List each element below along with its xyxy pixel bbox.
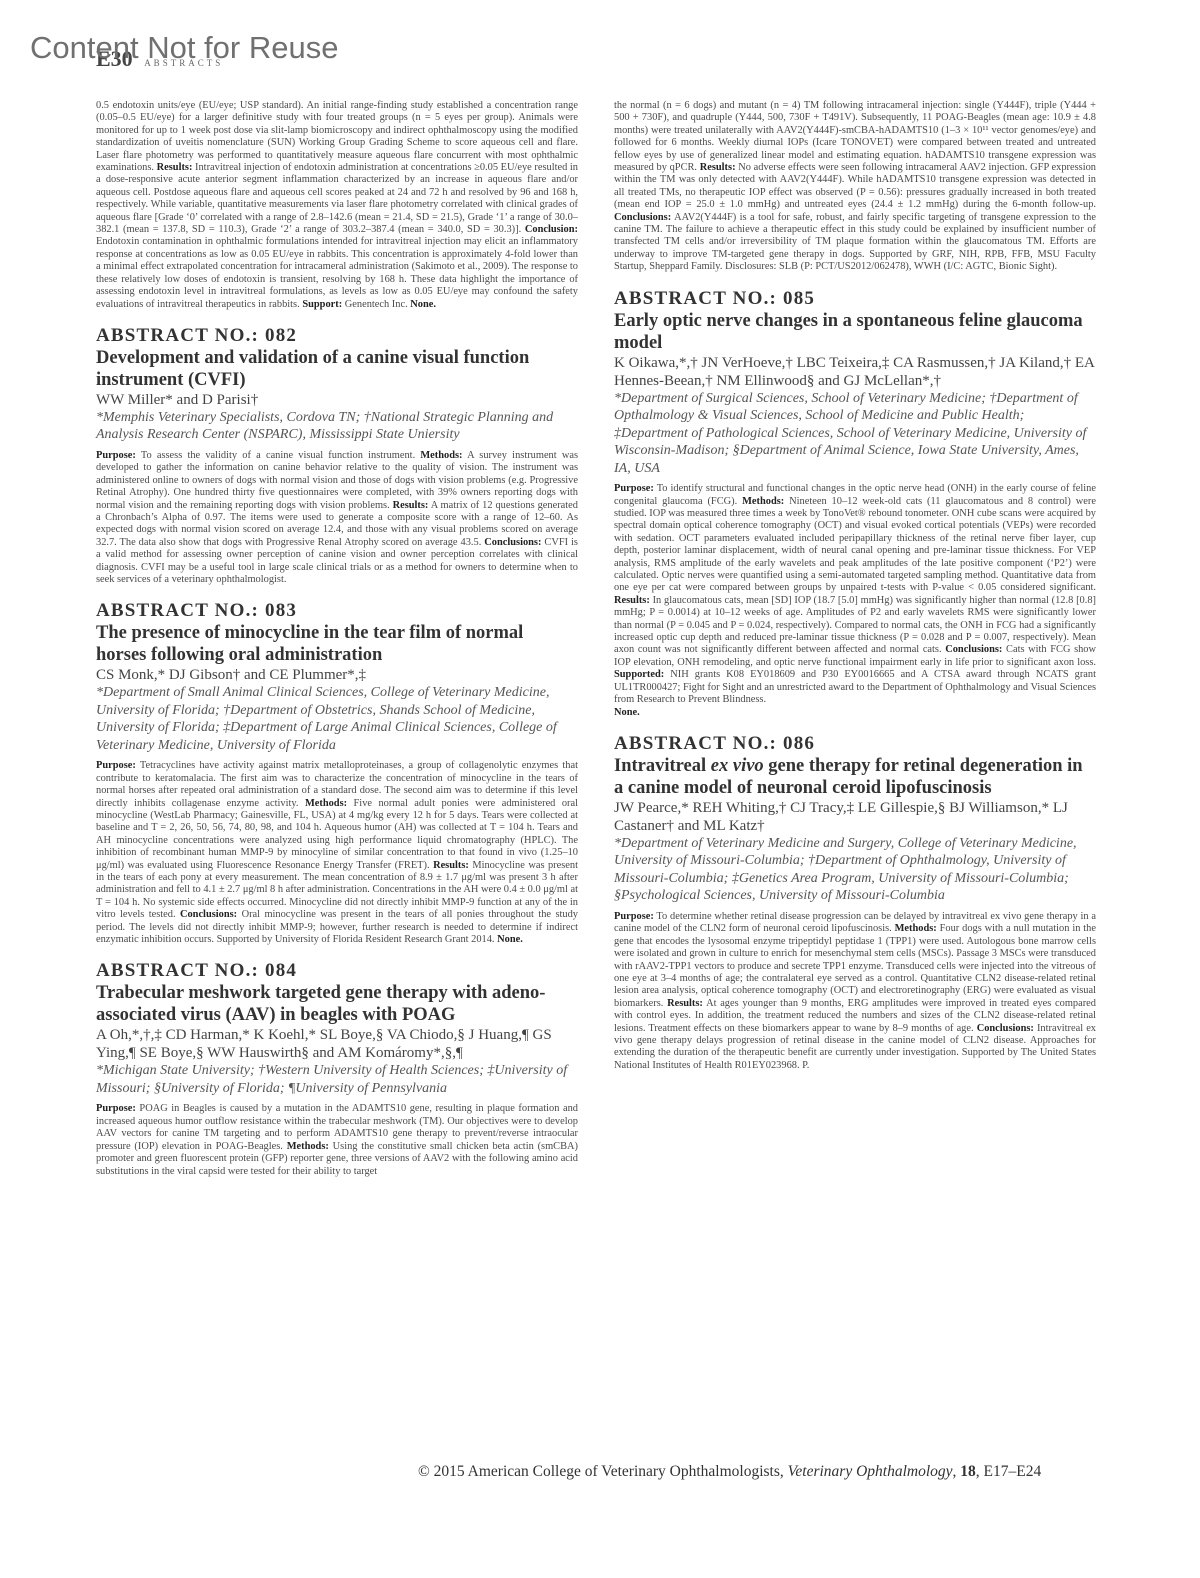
section-label: Conclusions: (484, 537, 541, 548)
abstract-title: Early optic nerve changes in a spontaneo… (614, 310, 1096, 354)
abstract-title: The presence of minocycline in the tear … (96, 622, 578, 666)
section-label: Conclusions: (945, 644, 1002, 655)
section-label: Methods: (742, 496, 784, 507)
section-label: Results: (393, 500, 429, 511)
abstract-affiliations: *Memphis Veterinary Specialists, Cordova… (96, 409, 578, 444)
section-label: Conclusion: (525, 224, 578, 235)
abstract-081-continuation: 0.5 endotoxin units/eye (EU/eye; USP sta… (96, 100, 578, 311)
journal-name: Veterinary Ophthalmology (788, 1463, 953, 1480)
abstract-082: ABSTRACT NO.: 082 Development and valida… (96, 325, 578, 586)
watermark: Content Not for Reuse (30, 30, 338, 66)
section-label: Results: (157, 162, 193, 173)
abstract-number: ABSTRACT NO.: 082 (96, 325, 578, 347)
section-label: Supported: (614, 669, 664, 680)
section-label: Results: (667, 998, 703, 1009)
abstract-authors: CS Monk,* DJ Gibson† and CE Plummer*,‡ (96, 666, 578, 684)
section-label: Methods: (305, 798, 347, 809)
section-label: Results: (433, 860, 469, 871)
disclosure-none: None. (410, 299, 436, 310)
abstract-number: ABSTRACT NO.: 084 (96, 960, 578, 982)
section-label: Purpose: (96, 450, 136, 461)
body-text: Nineteen 10–12 week-old cats (11 glaucom… (614, 496, 1096, 594)
abstract-085: ABSTRACT NO.: 085 Early optic nerve chan… (614, 288, 1096, 719)
abstract-affiliations: *Department of Surgical Sciences, School… (614, 390, 1096, 478)
abstract-authors: WW Miller* and D Parisi† (96, 391, 578, 409)
abstract-title: Development and validation of a canine v… (96, 347, 578, 391)
abstract-body: Purpose: To determine whether retinal di… (614, 911, 1096, 1072)
abstract-number: ABSTRACT NO.: 086 (614, 733, 1096, 755)
abstract-number: ABSTRACT NO.: 083 (96, 600, 578, 622)
section-label: Conclusions: (977, 1023, 1034, 1034)
abstract-body: Purpose: To identify structural and func… (614, 483, 1096, 719)
abstract-086: ABSTRACT NO.: 086 Intravitreal ex vivo g… (614, 733, 1096, 1072)
title-italic: ex vivo (711, 756, 764, 776)
body-text: To assess the validity of a canine visua… (141, 450, 415, 461)
right-column: the normal (n = 6 dogs) and mutant (n = … (614, 100, 1096, 1072)
volume-number: 18 (960, 1463, 976, 1480)
abstract-083: ABSTRACT NO.: 083 The presence of minocy… (96, 600, 578, 946)
abstract-084-continuation: the normal (n = 6 dogs) and mutant (n = … (614, 100, 1096, 274)
title-text: Intravitreal (614, 756, 711, 776)
section-label: Methods: (287, 1141, 329, 1152)
abstract-body: Purpose: To assess the validity of a can… (96, 450, 578, 586)
abstract-title: Trabecular meshwork targeted gene therap… (96, 982, 578, 1026)
abstract-authors: K Oikawa,*,† JN VerHoeve,† LBC Teixeira,… (614, 354, 1096, 390)
abstract-affiliations: *Department of Small Animal Clinical Sci… (96, 684, 578, 754)
disclosure-none: None. (497, 934, 523, 945)
copyright-text: © 2015 American College of Veterinary Op… (418, 1463, 788, 1480)
abstract-authors: A Oh,*,†,‡ CD Harman,* K Koehl,* SL Boye… (96, 1026, 578, 1062)
body-text: NIH grants K08 EY018609 and P30 EY001666… (614, 669, 1096, 705)
page-footer: © 2015 American College of Veterinary Op… (418, 1463, 1041, 1481)
section-label: Conclusions: (614, 212, 671, 223)
abstract-084: ABSTRACT NO.: 084 Trabecular meshwork ta… (96, 960, 578, 1177)
page-range: , E17–E24 (976, 1463, 1041, 1480)
abstract-body: Purpose: Tetracyclines have activity aga… (96, 760, 578, 946)
abstract-number: ABSTRACT NO.: 085 (614, 288, 1096, 310)
section-label: Purpose: (614, 911, 654, 922)
section-label: Results: (614, 595, 650, 606)
body-text: AAV2(Y444F) is a tool for safe, robust, … (614, 212, 1096, 273)
abstract-title: Intravitreal ex vivo gene therapy for re… (614, 755, 1096, 799)
section-label: Purpose: (96, 760, 136, 771)
disclosure-none: None. (614, 707, 640, 718)
abstract-affiliations: *Michigan State University; †Western Uni… (96, 1062, 578, 1097)
section-label: Methods: (895, 923, 937, 934)
section-label: Conclusions: (180, 909, 237, 920)
section-label: Methods: (420, 450, 462, 461)
section-label: Results: (700, 162, 736, 173)
section-label: Purpose: (96, 1103, 136, 1114)
body-text: Genentech Inc. (345, 299, 408, 310)
left-column: 0.5 endotoxin units/eye (EU/eye; USP sta… (96, 100, 578, 1178)
abstract-authors: JW Pearce,* REH Whiting,† CJ Tracy,‡ LE … (614, 799, 1096, 835)
body-text: Four dogs with a null mutation in the ge… (614, 923, 1096, 1008)
abstract-body: Purpose: POAG in Beagles is caused by a … (96, 1103, 578, 1177)
section-label: Purpose: (614, 483, 654, 494)
section-label: Support: (302, 299, 342, 310)
abstract-affiliations: *Department of Veterinary Medicine and S… (614, 835, 1096, 905)
